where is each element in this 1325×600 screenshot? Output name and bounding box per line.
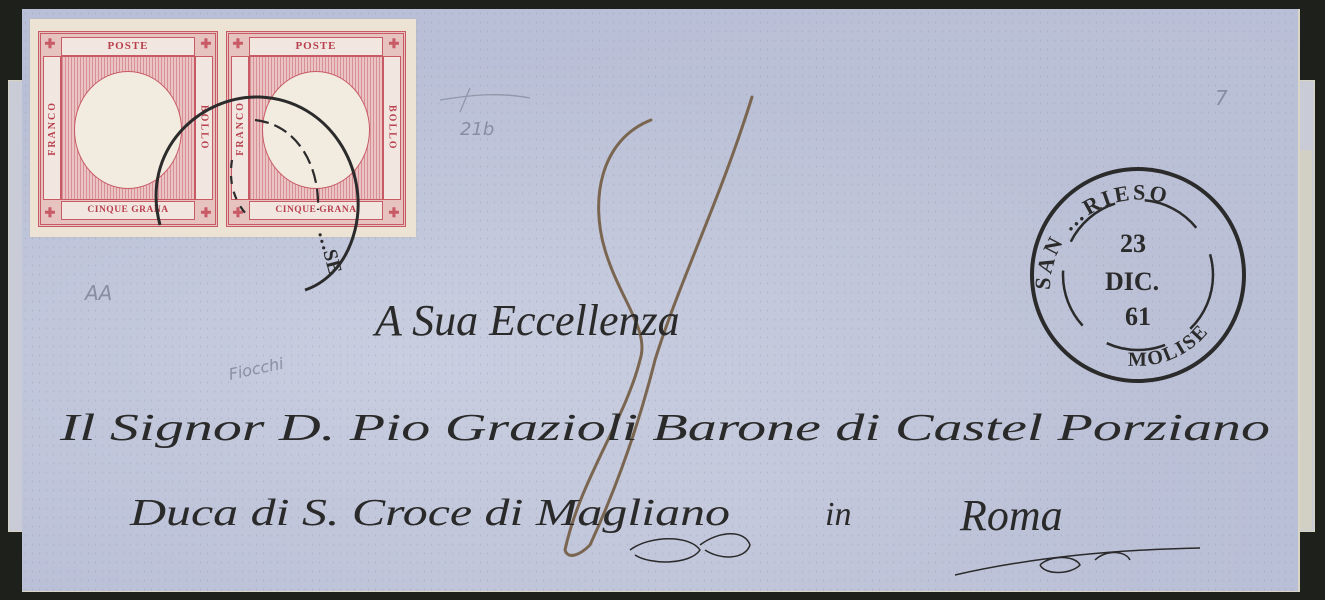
- pencil-note-address: Fiocchi: [227, 354, 286, 384]
- pencil-note-corner: 7: [1215, 86, 1228, 110]
- address-city: Roma: [959, 491, 1063, 540]
- address-line-3: Duca di S. Croce di Magliano: [129, 492, 730, 534]
- pencil-note-top: 21b: [460, 119, 494, 140]
- svg-text:DIC.: DIC.: [1105, 267, 1159, 296]
- address-line-2: Il Signor D. Pio Grazioli Barone di Cast…: [58, 407, 1270, 449]
- svg-text:61: 61: [1125, 302, 1151, 331]
- pencil-note-left: AA: [83, 281, 112, 305]
- postmark: SAN …RIESO MOLISE 23 DIC. 61: [1030, 169, 1244, 381]
- flourish: [630, 534, 1200, 575]
- ink-overlay: …SE SAN …RIESO MOLISE 23 DIC. 61 A Sua E…: [0, 0, 1325, 600]
- address-block: A Sua Eccellenza Il Signor D. Pio Grazio…: [58, 296, 1270, 540]
- address-in: in: [825, 496, 851, 533]
- address-line-1: A Sua Eccellenza: [372, 296, 680, 345]
- svg-text:…SE: …SE: [313, 228, 346, 277]
- stamp-cancellation: …SE: [156, 97, 358, 290]
- svg-text:23: 23: [1120, 229, 1146, 258]
